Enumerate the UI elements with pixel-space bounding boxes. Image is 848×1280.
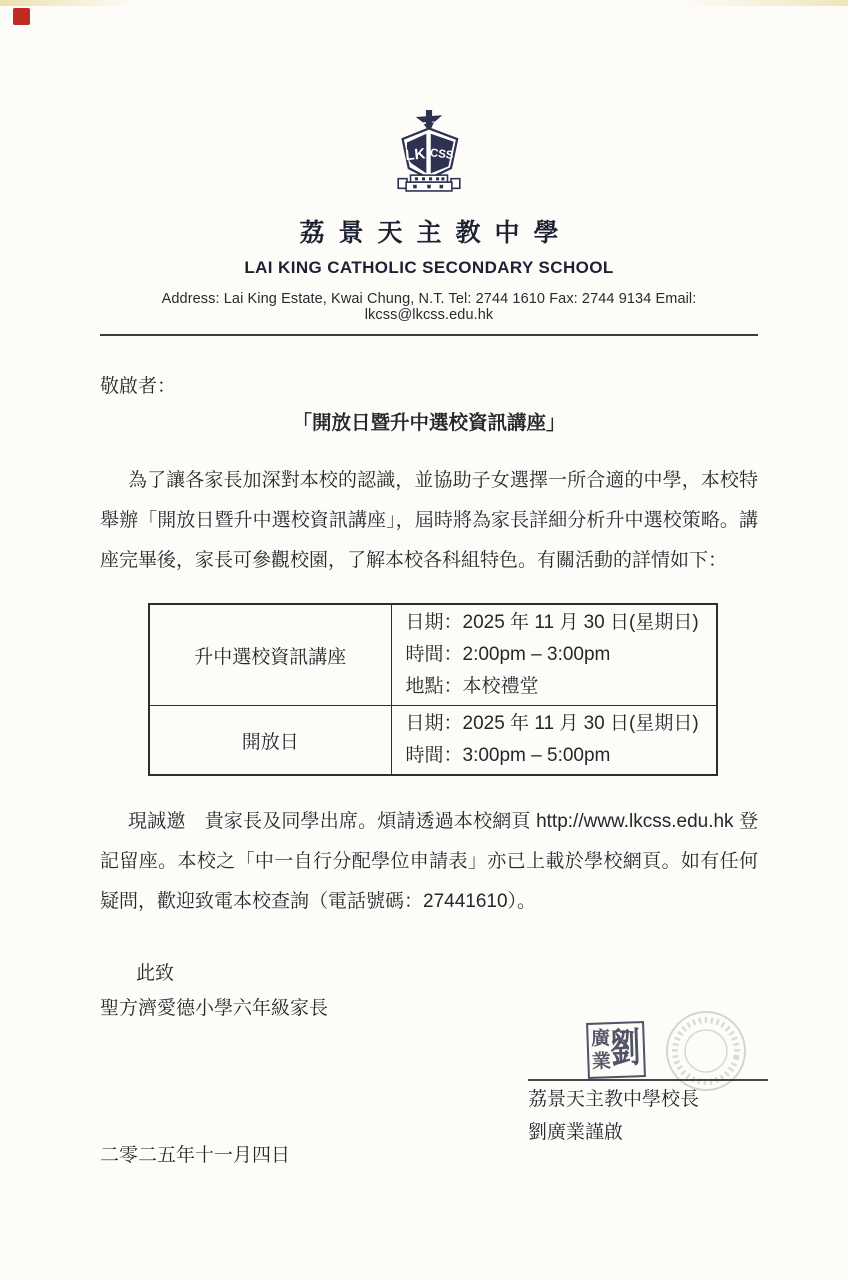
signer-title: 荔景天主教中學校長: [528, 1084, 699, 1111]
signer-name: 劉廣業謹啟: [528, 1117, 623, 1144]
event-name-openday: 開放日: [149, 706, 391, 776]
signature-line: [528, 1079, 768, 1081]
seminar-date: 日期：2025 年 11 月 30 日(星期日): [406, 607, 707, 639]
paragraph-intro: 為了讓各家長加深對本校的認識，並協助子女選擇一所合適的中學，本校特舉辦「開放日暨…: [100, 461, 758, 581]
school-name-chinese: 荔景天主教中學: [100, 213, 758, 249]
event-details-openday: 日期：2025 年 11 月 30 日(星期日) 時間：3:00pm – 5:0…: [391, 706, 717, 776]
seal-char-main: 劉: [610, 1029, 641, 1071]
closing-phrase: 此致: [100, 958, 758, 985]
recipient-line: 聖方濟愛德小學六年級家長: [100, 993, 758, 1020]
event-name-seminar: 升中選校資訊講座: [149, 604, 391, 706]
salutation: 敬啟者：: [100, 371, 758, 398]
school-name-english: LAI KING CATHOLIC SECONDARY SCHOOL: [100, 258, 758, 278]
scanned-letter-page: LK CSS 荔景: [0, 0, 848, 1280]
letterhead-divider: [100, 334, 758, 336]
school-logo-icon: LK CSS: [385, 110, 473, 198]
seal-side-column: 廣 業: [591, 1027, 612, 1073]
event-details-seminar: 日期：2025 年 11 月 30 日(星期日) 時間：2:00pm – 3:0…: [391, 604, 717, 706]
letter-content: LK CSS 荔景: [0, 110, 848, 1167]
school-round-stamp: [663, 1008, 749, 1094]
openday-date: 日期：2025 年 11 月 30 日(星期日): [406, 708, 707, 740]
scan-edge-artifact: [0, 0, 848, 6]
paragraph-invitation: 現誠邀 貴家長及同學出席。煩請透過本校網頁 http://www.lkcss.e…: [100, 802, 758, 922]
event-details-table: 升中選校資訊講座 日期：2025 年 11 月 30 日(星期日) 時間：2:0…: [148, 603, 718, 776]
school-address-line: Address: Lai King Estate, Kwai Chung, N.…: [100, 291, 758, 323]
letter-date: 二零二五年十一月四日: [100, 1140, 758, 1167]
principal-seal-stamp: 劉 廣 業: [586, 1021, 646, 1079]
seminar-venue: 地點：本校禮堂: [406, 671, 707, 703]
table-row: 開放日 日期：2025 年 11 月 30 日(星期日) 時間：3:00pm –…: [149, 706, 717, 776]
school-letterhead: LK CSS 荔景: [100, 110, 758, 336]
table-row: 升中選校資訊講座 日期：2025 年 11 月 30 日(星期日) 時間：2:0…: [149, 604, 717, 706]
seminar-time: 時間：2:00pm – 3:00pm: [406, 639, 707, 671]
signature-area: 劉 廣 業 荔景天主教中學校長 劉廣業謹啟: [100, 1024, 758, 1140]
seal-char-side-2: 業: [591, 1050, 611, 1073]
red-corner-marker: [13, 8, 30, 25]
letter-title: 「開放日暨升中選校資訊講座」: [100, 407, 758, 435]
seal-char-side-1: 廣: [591, 1027, 611, 1050]
openday-time: 時間：3:00pm – 5:00pm: [406, 740, 707, 772]
logo-lk-text: LK: [405, 145, 427, 164]
